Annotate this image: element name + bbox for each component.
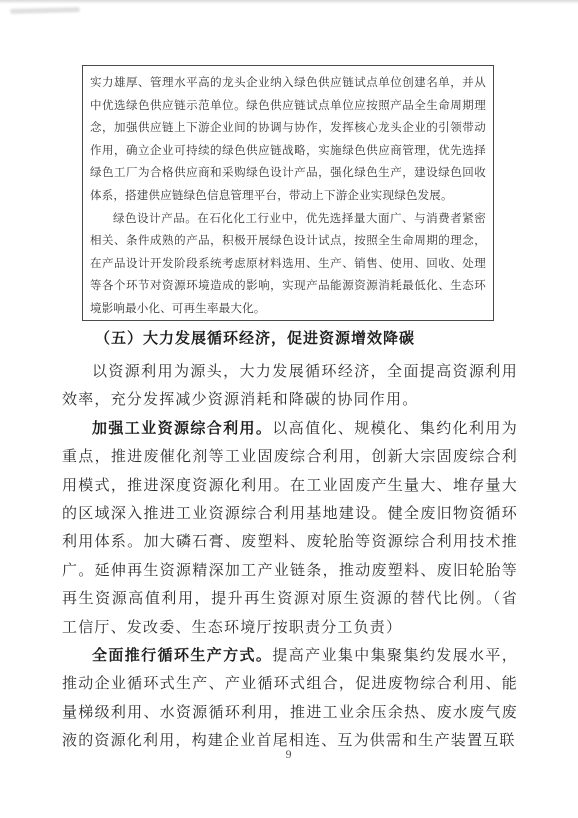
- scan-artifact-top-edge: [0, 0, 578, 4]
- boxed-paragraph: 绿色设计产品。在石化化工行业中，优先选择量大面广、与消费者紧密相关、条件成熟的产…: [90, 207, 486, 320]
- paragraph-text: 以资源利用为源头，大力发展循环经济，全面提高资源利用效率，充分发挥减少资源消耗和…: [62, 362, 518, 408]
- body-paragraph: 加强工业资源综合利用。以高值化、规模化、集约化利用为重点，推进废催化剂等工业固废…: [62, 414, 518, 641]
- section-heading: （五）大力发展循环经济，促进资源增效降碳: [62, 327, 518, 349]
- section-body: （五）大力发展循环经济，促进资源增效降碳 以资源利用为源头，大力发展循环经济，全…: [62, 327, 518, 755]
- paragraph-lead: 加强工业资源综合利用。: [92, 419, 272, 437]
- boxed-paragraph-continued: 实力雄厚、管理水平高的龙头企业纳入绿色供应链试点单位创建名单，并从中优选绿色供应…: [90, 71, 486, 207]
- scan-artifact-smudge: [10, 7, 80, 14]
- paragraph-lead: 全面推行循环生产方式。: [92, 646, 272, 664]
- body-paragraph: 以资源利用为源头，大力发展循环经济，全面提高资源利用效率，充分发挥减少资源消耗和…: [62, 357, 518, 414]
- boxed-excerpt: 实力雄厚、管理水平高的龙头企业纳入绿色供应链试点单位创建名单，并从中优选绿色供应…: [82, 65, 494, 321]
- page-number: 9: [0, 750, 578, 761]
- paragraph-text: 以高值化、规模化、集约化利用为重点，推进废催化剂等工业固废综合利用，创新大宗固废…: [62, 419, 518, 636]
- document-page: 实力雄厚、管理水平高的龙头企业纳入绿色供应链试点单位创建名单，并从中优选绿色供应…: [0, 0, 578, 818]
- body-paragraph: 全面推行循环生产方式。提高产业集中集聚集约发展水平，推动企业循环式生产、产业循环…: [62, 641, 518, 755]
